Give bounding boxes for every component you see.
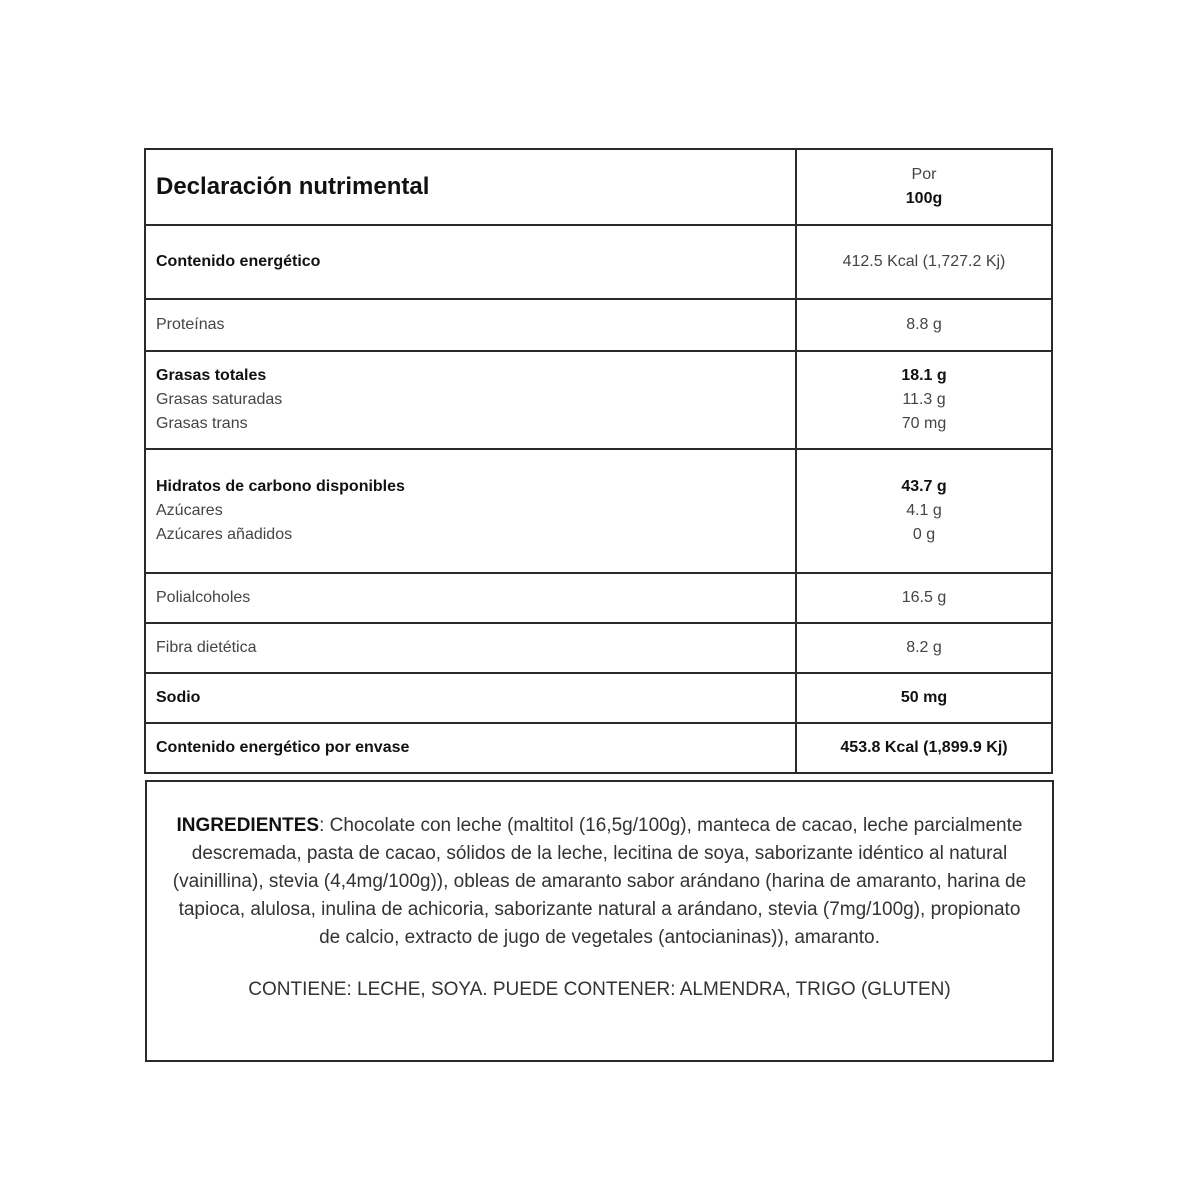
nutrient-label-cell: Contenido energético por envase <box>146 724 797 772</box>
nutrient-label: Proteínas <box>156 313 795 337</box>
nutrient-value: 453.8 Kcal (1,899.9 Kj) <box>840 736 1007 760</box>
nutrient-label-cell: Contenido energético <box>146 226 797 298</box>
nutrient-value: 16.5 g <box>902 586 946 610</box>
table-row: Proteínas8.8 g <box>146 300 1051 352</box>
nutrient-label: Grasas totales <box>156 364 795 388</box>
nutrient-label: Contenido energético por envase <box>156 736 795 760</box>
nutrient-value-cell: 453.8 Kcal (1,899.9 Kj) <box>797 724 1051 772</box>
table-row: Sodio50 mg <box>146 674 1051 724</box>
ingredients-box: INGREDIENTES: Chocolate con leche (malti… <box>145 780 1054 1062</box>
nutrient-value: 43.7 g <box>901 475 946 499</box>
nutrient-label-cell: Grasas totalesGrasas saturadasGrasas tra… <box>146 352 797 448</box>
nutrition-table: Declaración nutrimental Por 100g Conteni… <box>144 148 1053 774</box>
nutrient-label: Azúcares añadidos <box>156 523 795 547</box>
nutrient-value: 8.8 g <box>906 313 942 337</box>
nutrient-value-cell: 16.5 g <box>797 574 1051 622</box>
nutrient-value-cell: 412.5 Kcal (1,727.2 Kj) <box>797 226 1051 298</box>
nutrient-label: Fibra dietética <box>156 636 795 660</box>
nutrient-value-cell: 18.1 g11.3 g70 mg <box>797 352 1051 448</box>
table-row: Polialcoholes16.5 g <box>146 574 1051 624</box>
ingredients-label: INGREDIENTES <box>177 815 320 836</box>
nutrient-label-cell: Hidratos de carbono disponiblesAzúcaresA… <box>146 450 797 572</box>
per-label: Por <box>912 163 937 187</box>
nutrient-value-cell: 8.8 g <box>797 300 1051 350</box>
ingredients-paragraph: INGREDIENTES: Chocolate con leche (malti… <box>167 812 1032 952</box>
nutrient-label: Azúcares <box>156 499 795 523</box>
nutrient-label-cell: Fibra dietética <box>146 624 797 672</box>
nutrient-label-cell: Sodio <box>146 674 797 722</box>
nutrient-value: 50 mg <box>901 686 947 710</box>
nutrient-value: 11.3 g <box>902 388 945 412</box>
nutrient-label: Contenido energético <box>156 250 795 274</box>
nutrient-value: 412.5 Kcal (1,727.2 Kj) <box>843 250 1006 274</box>
nutrient-value: 70 mg <box>902 412 946 436</box>
nutrient-label: Grasas saturadas <box>156 388 795 412</box>
nutrient-value: 18.1 g <box>901 364 946 388</box>
allergens-statement: CONTIENE: LECHE, SOYA. PUEDE CONTENER: A… <box>167 976 1032 1004</box>
nutrient-value-cell: 8.2 g <box>797 624 1051 672</box>
table-row: Fibra dietética8.2 g <box>146 624 1051 674</box>
nutrient-label: Sodio <box>156 686 795 710</box>
header-title-cell: Declaración nutrimental <box>146 150 797 224</box>
nutrient-label-cell: Polialcoholes <box>146 574 797 622</box>
per-amount: 100g <box>906 187 942 211</box>
table-row: Grasas totalesGrasas saturadasGrasas tra… <box>146 352 1051 450</box>
table-row: Contenido energético por envase453.8 Kca… <box>146 724 1051 772</box>
table-title: Declaración nutrimental <box>156 173 795 201</box>
table-header-row: Declaración nutrimental Por 100g <box>146 150 1051 226</box>
nutrient-value: 0 g <box>913 523 935 547</box>
nutrient-label: Hidratos de carbono disponibles <box>156 475 795 499</box>
nutrient-value: 4.1 g <box>906 499 942 523</box>
table-row: Contenido energético412.5 Kcal (1,727.2 … <box>146 226 1051 300</box>
table-row: Hidratos de carbono disponiblesAzúcaresA… <box>146 450 1051 574</box>
nutrient-value: 8.2 g <box>906 636 942 660</box>
nutrient-label: Grasas trans <box>156 412 795 436</box>
nutrient-value-cell: 50 mg <box>797 674 1051 722</box>
nutrient-value-cell: 43.7 g4.1 g0 g <box>797 450 1051 572</box>
nutrient-label-cell: Proteínas <box>146 300 797 350</box>
header-serving-cell: Por 100g <box>797 150 1051 224</box>
nutrient-label: Polialcoholes <box>156 586 795 610</box>
